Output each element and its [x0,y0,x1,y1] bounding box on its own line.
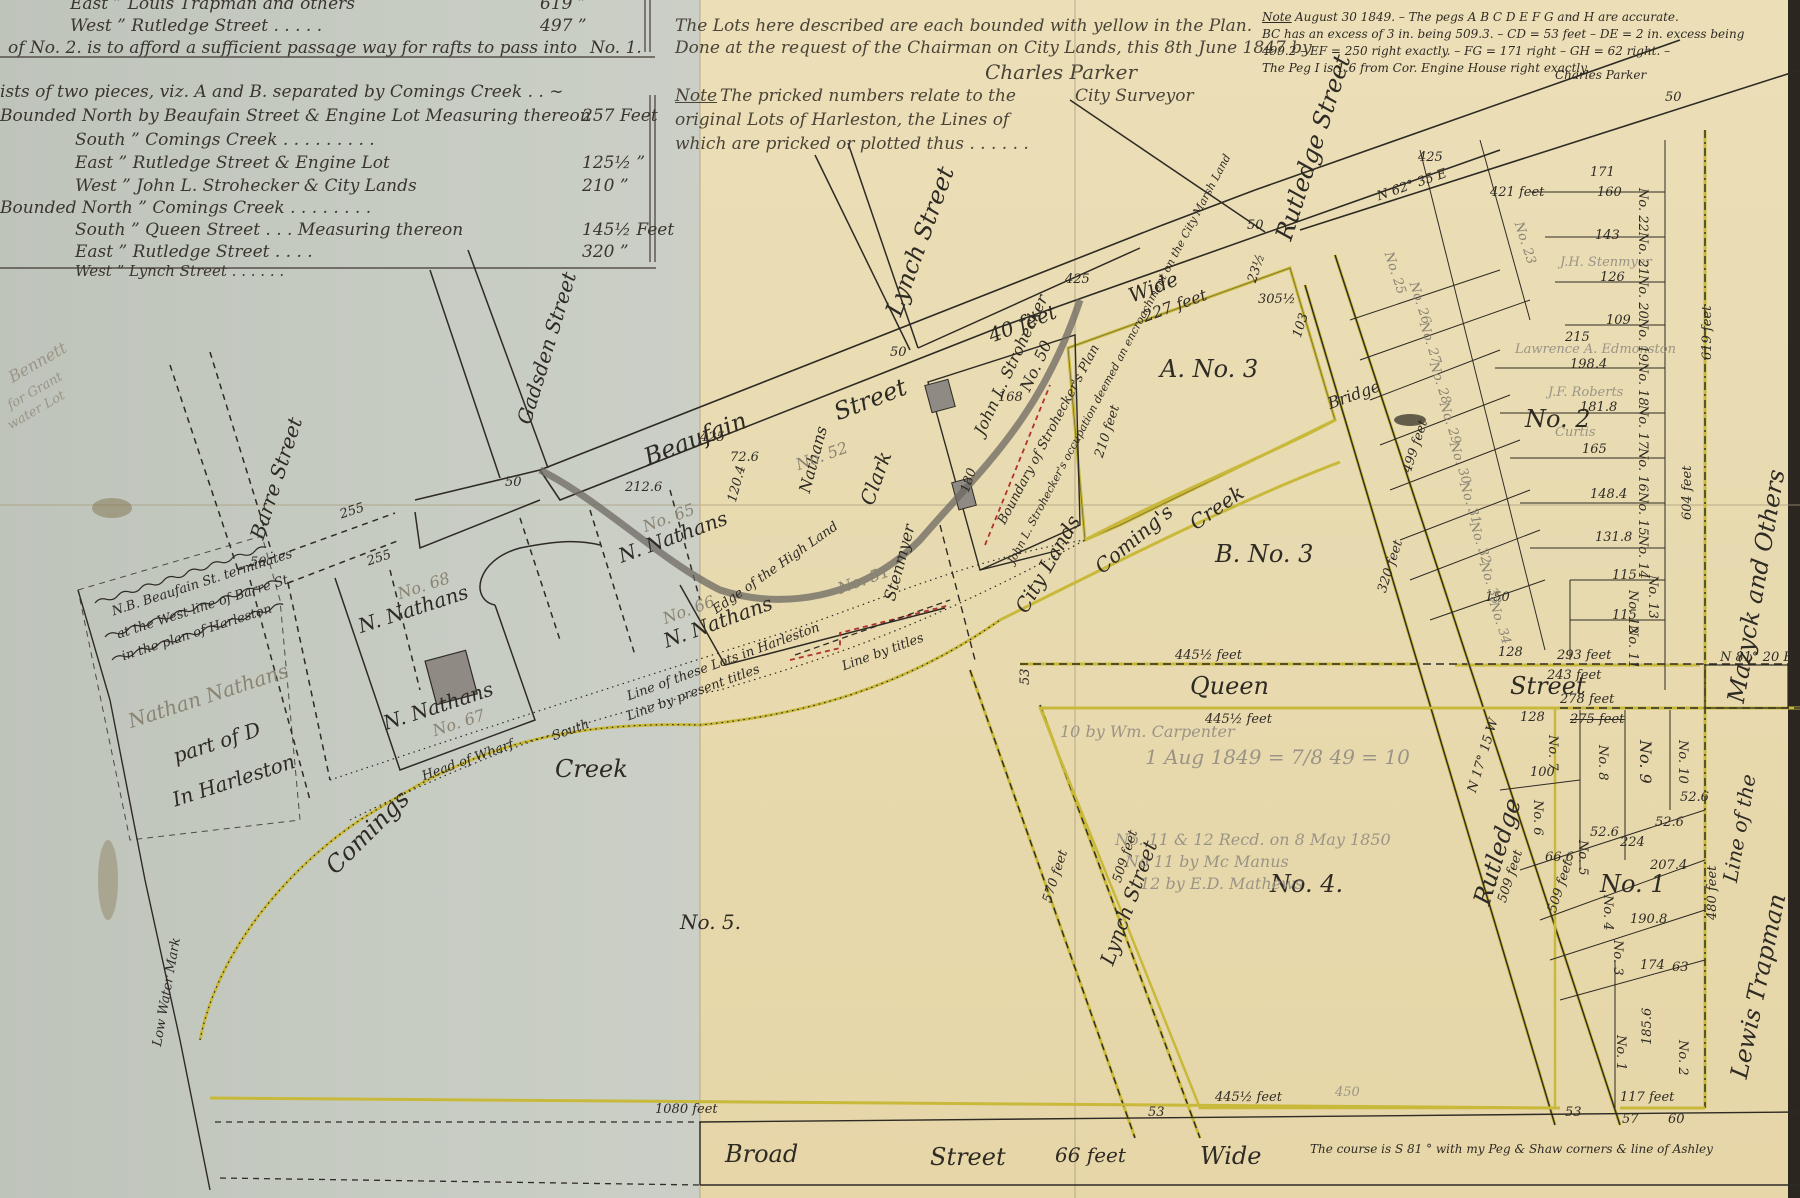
dim-109: 109 [1606,313,1631,328]
dim-53-b: 53 [1565,1105,1582,1120]
lot-no9: No. 9 [1636,740,1655,784]
dim-190-8: 190.8 [1630,912,1667,927]
dim-243-feet: 243 feet [1547,668,1601,683]
dim-278-feet: 278 feet [1560,692,1614,707]
dim-421-feet: 421 feet [1490,185,1544,200]
table-value: 210 ” [582,176,629,196]
surveyor-note-line2: Done at the request of the Chairman on C… [675,36,1312,61]
dim-60: 60 [1668,1112,1685,1127]
street-label-broad: Broad [725,1140,798,1168]
dim-52-6-a: 52.6 [1590,825,1619,840]
lot-no4-sub: No. 4 [1600,895,1615,931]
dim-50-e: 50 [1665,90,1682,105]
bearing-n81: N 81° 20 E [1720,650,1793,665]
lot-no7: No. 7 [1545,735,1560,771]
note-label: Note [675,84,717,109]
table-row: Bounded North ” Comings Creek . . . . . … [0,198,371,218]
dim-50-b: 50 [505,475,522,490]
later-note-signature: Charles Parker [1555,66,1646,84]
dim-117-feet: 117 feet [1620,1090,1674,1105]
lot-no3-sub: No. 3 [1610,940,1625,976]
pencil-curtis: Curtis [1555,425,1596,440]
lot-no8: No. 8 [1595,745,1610,781]
dim-207-4: 207.4 [1650,858,1687,873]
dim-131-8: 131.8 [1595,530,1632,545]
table-row: West ” Lynch Street . . . . . . [75,262,284,280]
dim-305-half: 305½ [1258,292,1295,307]
later-note-line1: August 30 1849. – The pegs A B C D E F G… [1295,8,1679,26]
lot-no17: No. 17 [1635,405,1650,449]
pencil-note-4: 12 by E.D. Mathews [1140,874,1303,893]
table-value: 145½ Feet [582,220,674,240]
table-value: 125½ ” [582,153,645,173]
dim-224: 224 [1620,835,1645,850]
lot-no21: No. 21 [1635,232,1650,276]
table-row: South ” Comings Creek . . . . . . . . . [75,130,375,150]
dim-50-d: 50 [1247,218,1264,233]
table-row: ists of two pieces, viz. A and B. separa… [0,82,563,102]
dim-165: 165 [1582,442,1607,457]
note-line1: The pricked numbers relate to the [720,84,1016,109]
pencil-edmonston: Lawrence A. Edmonston [1515,342,1676,357]
later-note-label: Note [1262,8,1292,26]
dim-72-6: 72.6 [730,450,759,465]
lot-no20: No. 20 [1635,275,1650,319]
dim-171: 171 [1590,165,1615,180]
lot-no1-sub: No. 1 [1613,1035,1628,1071]
pencil-note-1: 1 Aug 1849 = 7/8 49 = 10 [1145,745,1410,769]
dim-604-feet: 604 feet [1680,466,1695,520]
lot-no19: No. 19 [1635,318,1650,362]
lot-no10: No. 10 [1675,740,1690,784]
dim-425-ne: 425 [1418,150,1443,165]
table-row: Bounded North by Beaufain Street & Engin… [0,106,591,126]
lot-no5: No. 5. [680,910,741,934]
survey-map: East ” Louis Trapman and others 619 ” We… [0,0,1800,1198]
lot-no5-sub: No. 5 [1575,840,1590,876]
dim-445-half-b: 445½ feet [1205,712,1272,727]
dim-1080-feet: 1080 feet [655,1102,718,1117]
lot-b-no3: B. No. 3 [1215,540,1313,568]
lot-no11: No. 11 [1625,625,1640,669]
dim-115-a: 115 [1612,568,1637,583]
dim-480-feet: 480 feet [1705,866,1720,920]
later-note-line2: BC has an excess of 3 in. being 509.3. –… [1262,25,1744,43]
later-note-line4: The Peg I is 1.6 from Cor. Engine House … [1262,59,1589,77]
broad-width: 66 feet [1055,1143,1126,1167]
broad-wide: Wide [1200,1142,1262,1170]
table-row: South ” Queen Street . . . Measuring the… [75,220,463,240]
lot-a-no3: A. No. 3 [1160,355,1258,383]
dim-619-feet: 619 feet [1700,306,1715,360]
surveyor-title: City Surveyor [1075,84,1194,109]
surveyor-signature: Charles Parker [985,60,1137,85]
dim-128-a: 128 [1498,645,1523,660]
dim-128-b: 128 [1520,710,1545,725]
table-value: 320 ” [582,242,629,262]
lot-no22: No. 22 [1635,188,1650,232]
lot-no1: No. 1 [1600,870,1666,898]
dim-57: 57 [1622,1112,1639,1127]
dim-50-c: 50 [890,345,907,360]
lot-no18: No. 18 [1635,362,1650,406]
table-row: West ” Rutledge Street . . . . . [70,16,322,36]
dim-425-east: 425 [1065,272,1090,287]
table-value: 257 Feet [582,106,658,126]
dim-445-half-a: 445½ feet [1175,648,1242,663]
dim-66-6: 66.6 [1545,850,1574,865]
street-label-broad-street: Street [930,1143,1006,1171]
dim-52-6-c: 52.6 [1655,815,1684,830]
dim-293-feet: 293 feet [1557,648,1611,663]
table-row: West ” John L. Strohecker & City Lands [75,176,417,196]
dim-198-4: 198.4 [1570,357,1607,372]
pencil-note-3: No 11 by Mc Manus [1125,852,1289,871]
dim-275-feet: 275 feet [1570,712,1624,727]
dim-52-6-b: 52.6 [1680,790,1709,805]
table-value: 619 ” [540,0,587,14]
dim-168: 168 [998,390,1023,405]
dim-160: 160 [1597,185,1622,200]
dim-215: 215 [1565,330,1590,345]
creek-label-creek: Creek [555,755,628,783]
note-line3: which are pricked or plotted thus . . . … [675,132,1029,157]
schedule-table: East ” Louis Trapman and others 619 ” We… [0,0,700,270]
lot-no14: No. 14 [1635,535,1650,579]
dim-148-4: 148.4 [1590,487,1627,502]
dim-181-8: 181.8 [1580,400,1617,415]
dim-143: 143 [1595,228,1620,243]
pencil-roberts: J.F. Roberts [1548,385,1623,400]
pencil-note-2: No. 11 & 12 Recd. on 8 May 1850 [1115,830,1391,849]
dim-185-6: 185.6 [1640,1008,1655,1045]
table-row: of No. 2. is to afford a sufficient pass… [8,38,577,58]
table-row: East ” Louis Trapman and others [70,0,355,14]
dim-53-c: 53 [1018,668,1033,685]
dim-445-half-c: 445½ feet [1215,1090,1282,1105]
lot-no13: No. 13 [1645,575,1660,619]
lot-no16: No. 16 [1635,448,1650,492]
dim-50-a: 50 [250,555,267,570]
dim-63: 63 [1672,960,1689,975]
dim-53-a: 53 [1148,1105,1165,1120]
dim-450: 450 [1335,1085,1360,1100]
note-line2: original Lots of Harleston, the Lines of [675,108,1009,133]
dim-126: 126 [1600,270,1625,285]
lot-no2-sub: No. 2 [1675,1040,1690,1076]
lot-no15: No. 15 [1635,492,1650,536]
broad-course-note: The course is S 81 ° with my Peg & Shaw … [1310,1142,1713,1156]
table-value: No. 1. [590,38,642,58]
table-row: East ” Rutledge Street & Engine Lot [75,153,390,173]
later-note-line3: 499.2 – EF = 250 right exactly. – FG = 1… [1262,42,1670,60]
lot-no6: No. 6 [1530,800,1545,836]
dim-425-beaufain: 425 [700,430,725,445]
dim-212-6: 212.6 [625,480,662,495]
street-label-queen: Queen [1190,672,1269,700]
table-value: 497 ” [540,16,587,36]
dim-174: 174 [1640,958,1665,973]
table-row: East ” Rutledge Street . . . . [75,242,313,262]
